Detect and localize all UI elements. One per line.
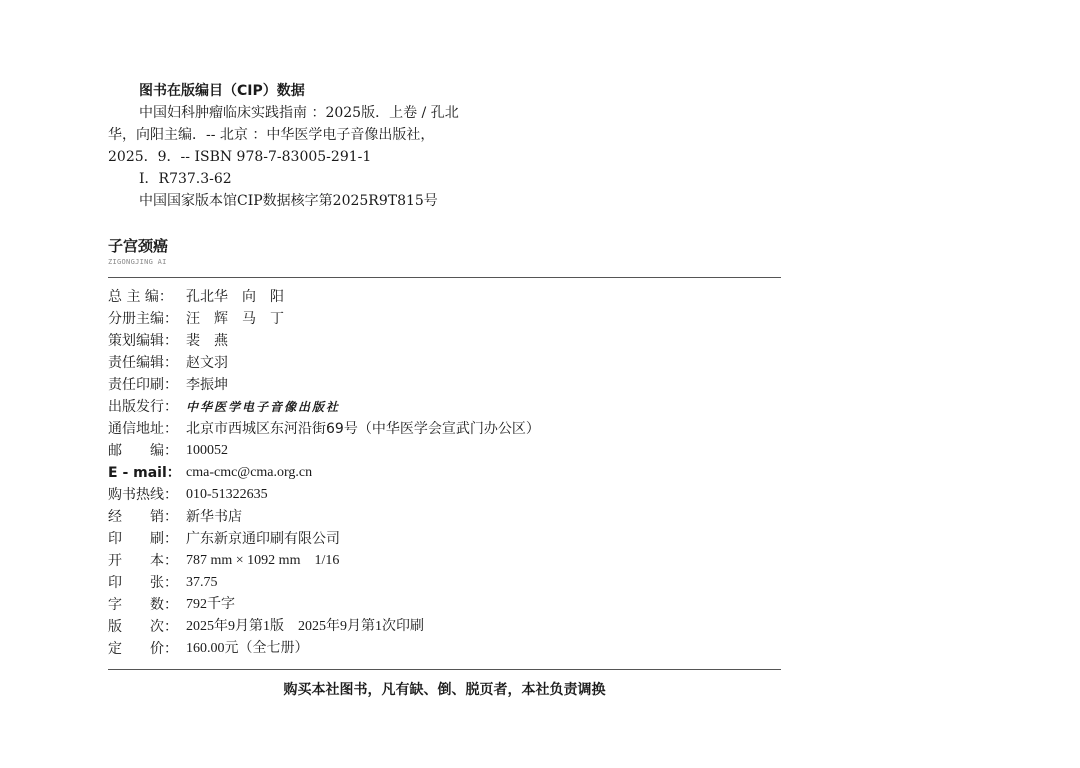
info-value: 100052 [186, 440, 228, 462]
cip-heading: 图书在版编目（CIP）数据 [108, 80, 508, 102]
cip-line-classification: Ⅰ．R737.3-62 [108, 168, 508, 190]
info-row-email: E - mail： cma-cmc@cma.org.cn [108, 462, 540, 484]
info-label: 总 主 编： [108, 286, 186, 308]
info-value: 孔北华 向 阳 [186, 286, 284, 308]
info-row-volume-editor: 分册主编： 汪 辉 马 丁 [108, 308, 540, 330]
info-value: 裴 燕 [186, 330, 228, 352]
volume-title: 子宫颈癌 [108, 236, 168, 256]
info-value: 160.00元（全七册） [186, 638, 309, 660]
replacement-notice: 购买本社图书，凡有缺、倒、脱页者，本社负责调换 [108, 680, 781, 700]
info-row-sheets: 印 张： 37.75 [108, 572, 540, 594]
info-label: 出版发行： [108, 396, 186, 418]
cip-line-title: 中国妇科肿瘤临床实践指南 ：2025版．上卷 / 孔北 [108, 102, 508, 124]
info-label: 定 价： [108, 638, 186, 660]
cip-line-record-number: 中国国家版本馆CIP数据核字第2025R9T815号 [108, 190, 508, 212]
info-value: 787 mm × 1092 mm 1/16 [186, 550, 339, 572]
publication-info: 总 主 编： 孔北华 向 阳 分册主编： 汪 辉 马 丁 策划编辑： 裴 燕 责… [108, 286, 540, 660]
info-value: 2025年9月第1版 2025年9月第1次印刷 [186, 616, 424, 638]
info-label: 责任编辑： [108, 352, 186, 374]
info-value: 新华书店 [186, 506, 242, 528]
top-divider [108, 277, 781, 278]
info-row-planning-editor: 策划编辑： 裴 燕 [108, 330, 540, 352]
info-row-print-supervisor: 责任印刷： 李振坤 [108, 374, 540, 396]
info-value: 广东新京通印刷有限公司 [186, 528, 340, 550]
info-label: 版 次： [108, 616, 186, 638]
cip-data-block: 图书在版编目（CIP）数据 中国妇科肿瘤临床实践指南 ：2025版．上卷 / 孔… [108, 80, 508, 212]
publisher-calligraphy-logo: 中华医学电子音像出版社 [186, 396, 340, 418]
info-label: 通信地址： [108, 418, 186, 440]
info-row-word-count: 字 数： 792千字 [108, 594, 540, 616]
info-label: 购书热线： [108, 484, 186, 506]
info-row-postcode: 邮 编： 100052 [108, 440, 540, 462]
info-value: 792千字 [186, 594, 235, 616]
info-label: 印 张： [108, 572, 186, 594]
info-value: 010-51322635 [186, 484, 268, 506]
info-row-edition: 版 次： 2025年9月第1版 2025年9月第1次印刷 [108, 616, 540, 638]
bottom-divider [108, 669, 781, 670]
info-label: 策划编辑： [108, 330, 186, 352]
cip-line-editors: 华，向阳主编．-- 北京 ：中华医学电子音像出版社， [108, 124, 508, 146]
info-row-chief-editor: 总 主 编： 孔北华 向 阳 [108, 286, 540, 308]
cip-line-isbn: 2025．9．-- ISBN 978-7-83005-291-1 [108, 146, 508, 168]
info-label: E - mail： [108, 462, 186, 484]
email-link[interactable]: cma-cmc@cma.org.cn [186, 462, 312, 484]
info-row-hotline: 购书热线： 010-51322635 [108, 484, 540, 506]
info-label: 经 销： [108, 506, 186, 528]
info-value: 北京市西城区东河沿街69号（中华医学会宣武门办公区） [186, 418, 540, 440]
volume-pinyin: ZIGONGJING AI [108, 257, 168, 267]
info-row-printer: 印 刷： 广东新京通印刷有限公司 [108, 528, 540, 550]
info-label: 责任印刷： [108, 374, 186, 396]
info-value: 37.75 [186, 572, 218, 594]
info-row-publisher: 出版发行： 中华医学电子音像出版社 [108, 396, 540, 418]
info-value: 汪 辉 马 丁 [186, 308, 284, 330]
volume-title-block: 子宫颈癌 ZIGONGJING AI [108, 236, 168, 267]
info-value: 赵文羽 [186, 352, 228, 374]
info-value: 李振坤 [186, 374, 228, 396]
info-label: 印 刷： [108, 528, 186, 550]
info-row-price: 定 价： 160.00元（全七册） [108, 638, 540, 660]
info-label: 分册主编： [108, 308, 186, 330]
info-row-distributor: 经 销： 新华书店 [108, 506, 540, 528]
info-label: 开 本： [108, 550, 186, 572]
info-row-address: 通信地址： 北京市西城区东河沿街69号（中华医学会宣武门办公区） [108, 418, 540, 440]
info-label: 邮 编： [108, 440, 186, 462]
info-label: 字 数： [108, 594, 186, 616]
info-row-format: 开 本： 787 mm × 1092 mm 1/16 [108, 550, 540, 572]
info-row-responsible-editor: 责任编辑： 赵文羽 [108, 352, 540, 374]
